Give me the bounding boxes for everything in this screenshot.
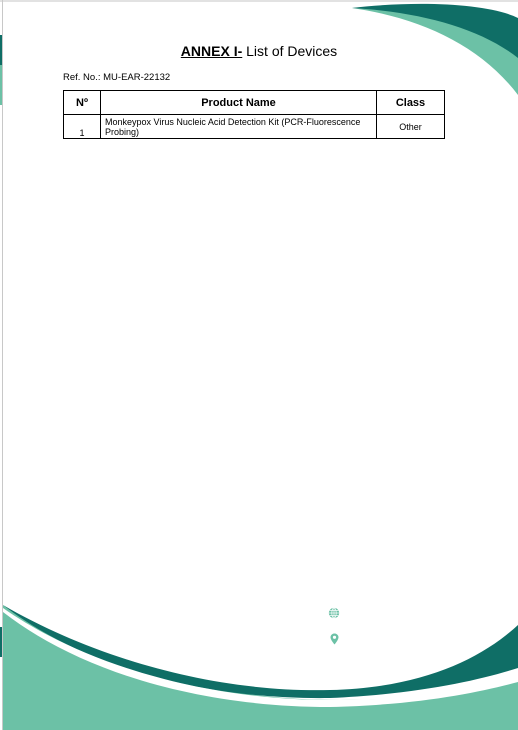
ref-value: MU-EAR-22132: [103, 72, 170, 83]
column-header-number: Nº: [64, 91, 101, 115]
cell-product-name: Monkeypox Virus Nucleic Acid Detection K…: [101, 115, 377, 139]
location-pin-icon: [330, 633, 339, 645]
page-title: ANNEX I- List of Devices: [0, 43, 518, 59]
cell-class: Other: [377, 115, 445, 139]
title-text: List of Devices: [242, 43, 337, 59]
table-row: 1 Monkeypox Virus Nucleic Acid Detection…: [64, 115, 445, 139]
table-header-row: Nº Product Name Class: [64, 91, 445, 115]
title-annex: ANNEX I-: [181, 43, 242, 59]
reference-number: Ref. No.: MU-EAR-22132: [63, 72, 170, 83]
globe-icon: [328, 607, 340, 619]
document-page: ANNEX I- List of Devices Ref. No.: MU-EA…: [0, 0, 518, 730]
column-header-product-name: Product Name: [101, 91, 377, 115]
devices-table: Nº Product Name Class 1 Monkeypox Virus …: [63, 90, 445, 139]
column-header-class: Class: [377, 91, 445, 115]
ref-label: Ref. No.:: [63, 72, 101, 83]
cell-number: 1: [64, 115, 101, 139]
